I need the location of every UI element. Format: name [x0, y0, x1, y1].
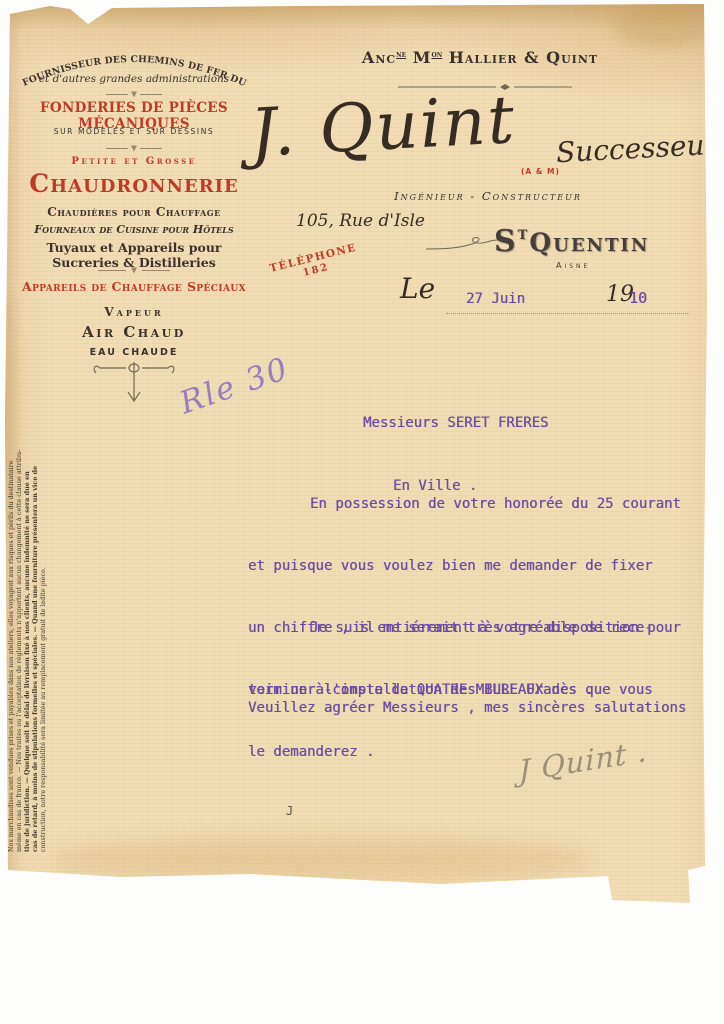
body-line: et puisque vous voulez bien me demander … — [248, 558, 681, 588]
aging-stain — [615, 6, 710, 48]
eau-chaude-line: EAU CHAUDE — [18, 347, 250, 358]
body-line: En possession de votre honorée du 25 cou… — [248, 496, 681, 526]
former-firm-name: Hallier & Quint — [442, 48, 598, 67]
street-address: 105, Rue d'Isle — [296, 211, 425, 231]
air-chaud-line: Air Chaud — [18, 323, 250, 341]
recipient-line: Messieurs SERET FRERES — [363, 415, 548, 446]
body-line: Je suis entiérement à votre disposition … — [248, 620, 681, 650]
petite-grosse-label: Petite et Grosse — [18, 156, 250, 167]
vapeur-line: Vapeur — [18, 305, 250, 319]
former-firm-line: Ancne Mon Hallier & Quint — [330, 48, 630, 67]
supplier-arc: FOURNISSEUR DES CHEMINS DE FER DU NORD — [18, 36, 250, 96]
former-anc-sup: ne — [396, 50, 406, 60]
city-rest: Quentin — [529, 228, 649, 257]
fourneaux-line: Fourneaux de Cuisine pour Hôtels — [18, 223, 250, 236]
closing-line: Veuillez agréer Messieurs , mes sincères… — [248, 700, 686, 716]
telephone-block: TÉLÉPHONE 182 — [268, 242, 360, 287]
chaudronnerie-title: Chaudronnerie — [18, 169, 250, 198]
scanned-letter-background: FOURNISSEUR DES CHEMINS DE FER DU NORD e… — [0, 0, 724, 1024]
city-initial: S — [494, 224, 518, 259]
conditions-fine-print: Nos marchandises sont vendues prises et … — [7, 394, 47, 852]
city-superscript: T — [518, 228, 530, 243]
letterhead-left-column: FOURNISSEUR DES CHEMINS DE FER DU NORD e… — [18, 36, 250, 416]
successor-script: Successeur — [555, 128, 718, 169]
fonderies-subtitle: SUR MODÈLES ET SUR DESSINS — [18, 127, 250, 136]
former-anc: Anc — [362, 48, 396, 67]
fine-print-line: tive de juridiction. — Quelque soit le d… — [23, 394, 31, 852]
role-line: Ingénieur - Constructeur — [368, 189, 608, 203]
appareils-title: Appareils de Chauffage Spéciaux — [18, 279, 250, 294]
former-m: M — [406, 48, 431, 67]
city-name: STQuentin — [494, 224, 649, 259]
divider-ornament — [18, 266, 250, 275]
divider-ornament — [18, 90, 250, 99]
fine-print-line: construction, notre responsabilité sera … — [39, 394, 47, 852]
am-note: (A & M) — [521, 167, 560, 176]
aging-stain — [50, 838, 590, 882]
fine-print-line: même en cas de franco. — Nos traites ou … — [15, 394, 23, 852]
typed-date: 27 Juin — [466, 291, 525, 307]
stray-type-mark: J — [286, 804, 293, 818]
principal-name-script: J. Quint — [248, 81, 518, 172]
supplier-subtitle: et d'autres grandes administrations — [18, 73, 250, 85]
body-paragraph-2: Je suis entiérement à votre disposition … — [248, 588, 681, 806]
dateline-le: Le — [400, 272, 435, 305]
department-label: Aisne — [556, 261, 590, 270]
chaudieres-line: Chaudières pour Chauffage — [18, 205, 250, 219]
former-m-sup: on — [431, 50, 442, 60]
typed-year-suffix: 10 — [629, 289, 647, 307]
letter-paper: FOURNISSEUR DES CHEMINS DE FER DU NORD e… — [0, 0, 724, 1024]
city-flourish — [424, 234, 502, 252]
fine-print-line: Nos marchandises sont vendues prises et … — [7, 394, 15, 852]
fine-print-line: cas de retard, à moins de stipulations f… — [31, 394, 39, 852]
divider-ornament — [18, 144, 250, 153]
